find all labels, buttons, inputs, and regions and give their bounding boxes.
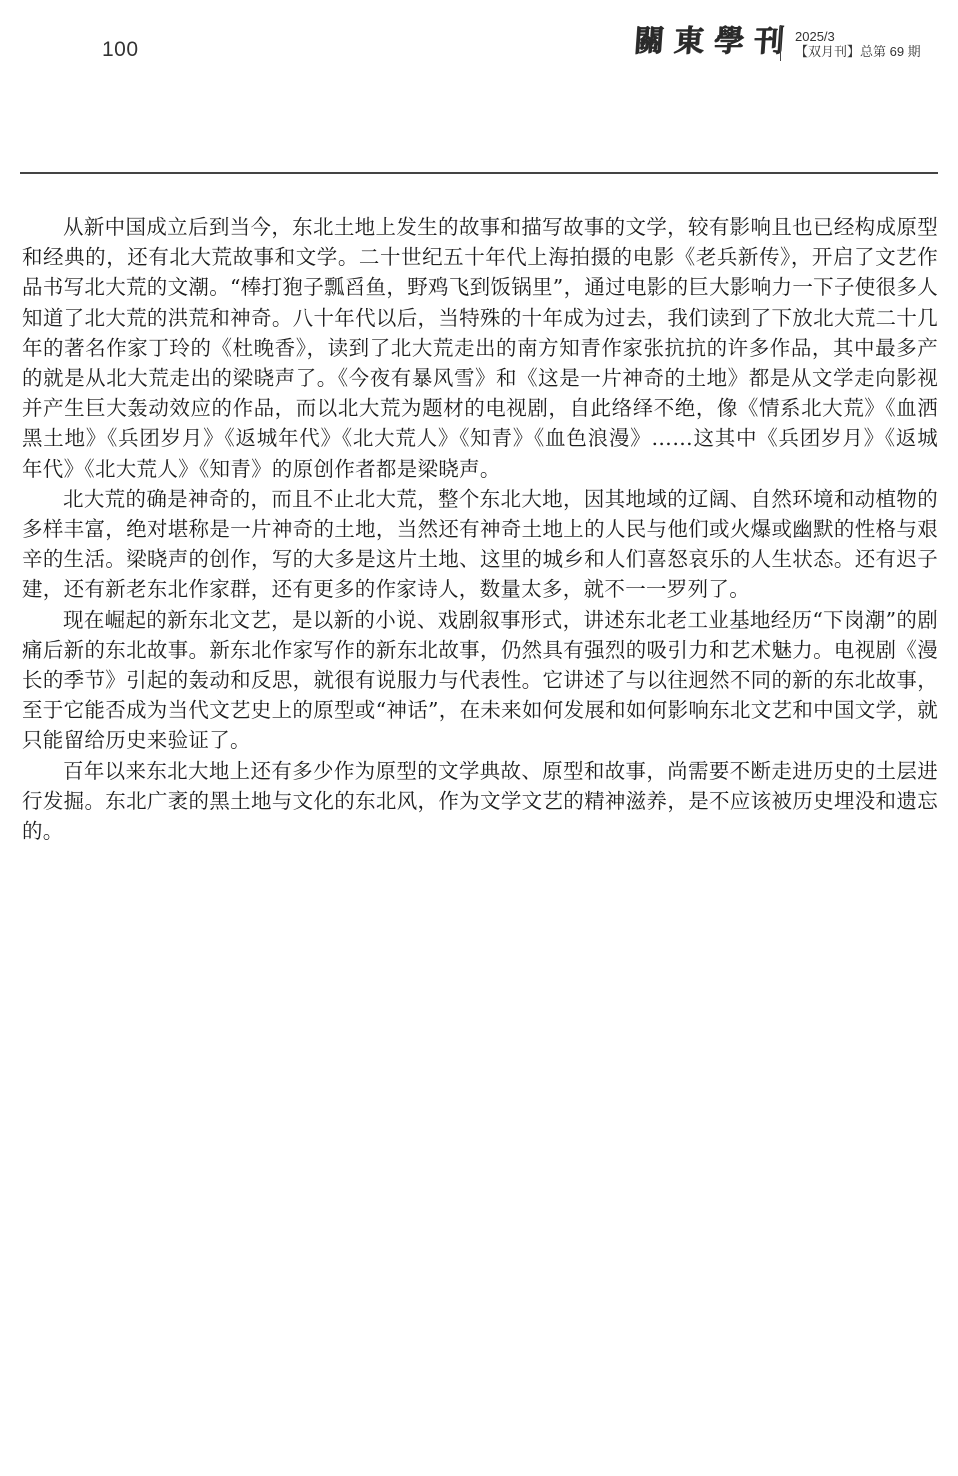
issue-number: 【双月刊】总第 69 期 [795,44,921,59]
issue-date: 2025/3 [795,29,921,44]
issue-info-block: 2025/3 【双月刊】总第 69 期 [795,29,921,59]
page-number: 100 [102,38,139,62]
paragraph: 现在崛起的新东北文艺，是以新的小说、戏剧叙事形式，讲述东北老工业基地经历“下岗潮… [22,605,938,756]
header-rule [20,172,938,174]
journal-title: 關東學刊 [633,24,796,60]
header-divider [780,25,781,61]
article-body: 从新中国成立后到当今，东北土地上发生的故事和描写故事的文学，较有影响且也已经构成… [22,212,938,846]
paragraph: 百年以来东北大地上还有多少作为原型的文学典故、原型和故事，尚需要不断走进历史的土… [22,756,938,847]
paragraph: 北大荒的确是神奇的，而且不止北大荒，整个东北大地，因其地域的辽阔、自然环境和动植… [22,484,938,605]
paragraph: 从新中国成立后到当今，东北土地上发生的故事和描写故事的文学，较有影响且也已经构成… [22,212,938,484]
